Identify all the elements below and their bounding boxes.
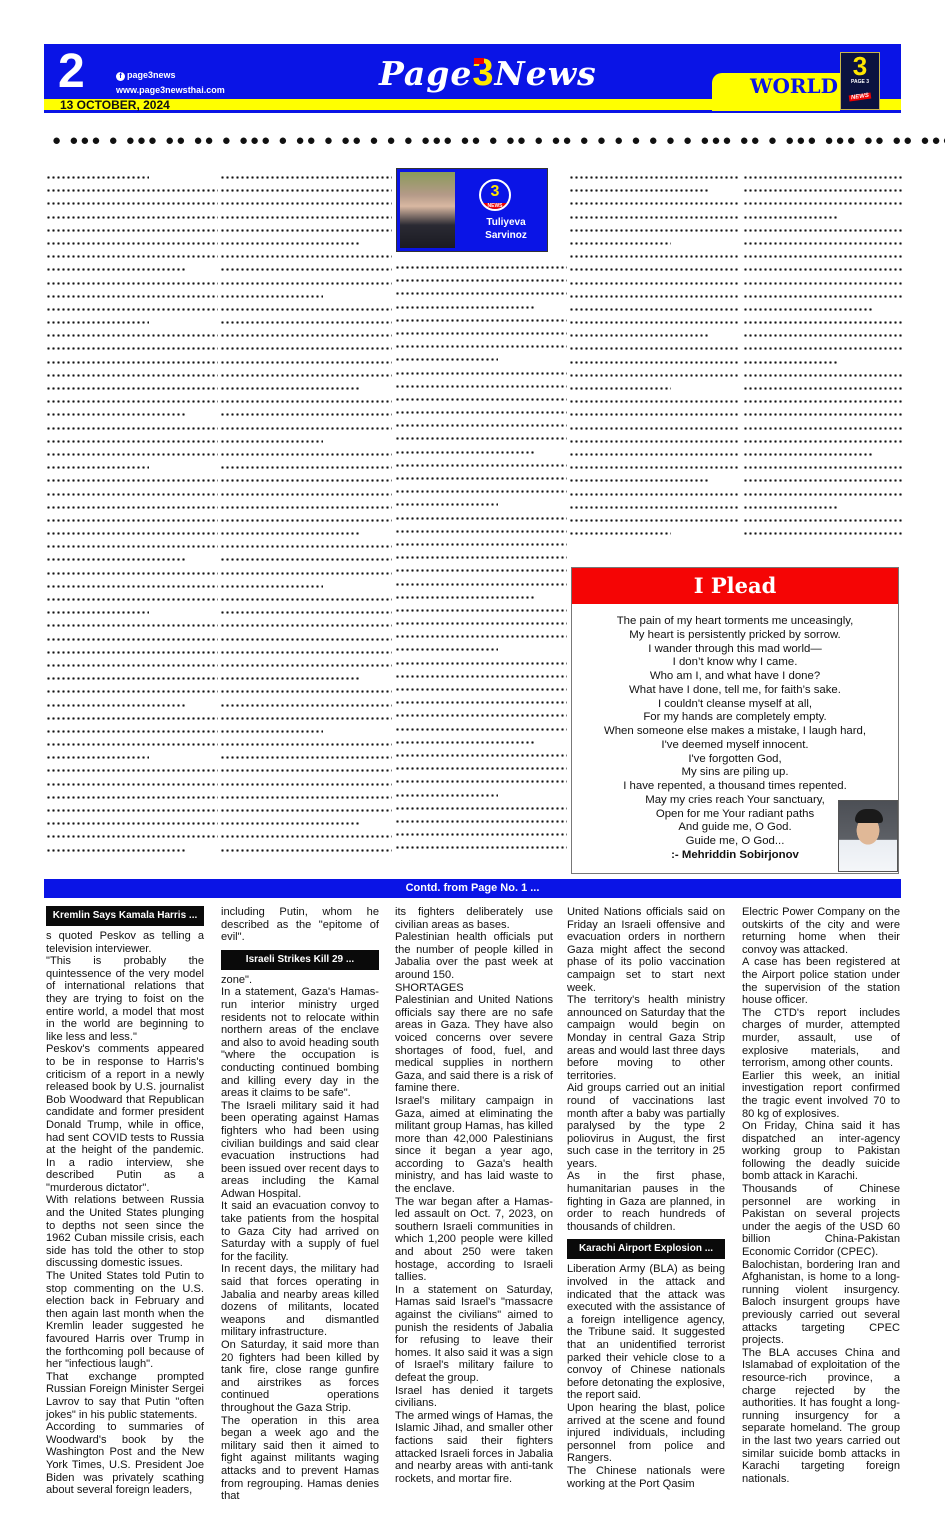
top-article-column-1 bbox=[46, 172, 218, 862]
illegible-text-line bbox=[395, 420, 567, 433]
illegible-text-line bbox=[395, 539, 567, 552]
illegible-text-line bbox=[569, 357, 739, 370]
top-article-column-5 bbox=[743, 172, 903, 542]
illegible-text-line bbox=[220, 528, 392, 541]
illegible-text-line bbox=[569, 449, 739, 462]
illegible-text-line bbox=[743, 502, 903, 515]
article-paragraph: The CTD's report includes charges of mur… bbox=[742, 1007, 900, 1070]
brand-number: 3 bbox=[472, 52, 494, 94]
illegible-text-line bbox=[220, 225, 392, 238]
author-first-name: Tuliyeva bbox=[463, 216, 549, 229]
illegible-text-line bbox=[395, 513, 567, 526]
article-paragraph: Palestinian and United Nations officials… bbox=[395, 994, 553, 1095]
illegible-text-line bbox=[395, 684, 567, 697]
illegible-text-line bbox=[743, 489, 903, 502]
illegible-text-line bbox=[220, 238, 392, 251]
illegible-text-line bbox=[743, 357, 903, 370]
illegible-text-line bbox=[743, 383, 903, 396]
column-2: including Putin, whom he described as th… bbox=[221, 906, 379, 1503]
illegible-text-line bbox=[46, 291, 218, 304]
illegible-text-line bbox=[743, 343, 903, 356]
illegible-text-line bbox=[220, 317, 392, 330]
illegible-text-line bbox=[46, 264, 218, 277]
illegible-text-line bbox=[743, 409, 903, 422]
illegible-text-line bbox=[220, 449, 392, 462]
poem-line: My sins are piling up. bbox=[572, 766, 898, 780]
article-paragraph: The Chinese nationals were working at th… bbox=[567, 1465, 725, 1490]
article-paragraph: The Israeli military said it had been op… bbox=[221, 1100, 379, 1201]
author-logo-text: NEWS bbox=[481, 203, 509, 210]
facebook-handle-text: page3news bbox=[127, 70, 176, 80]
continued-kicker[interactable]: Karachi Airport Explosion ... bbox=[567, 1239, 725, 1259]
poem-box: I Plead The pain of my heart torments me… bbox=[571, 567, 899, 874]
illegible-text-line bbox=[220, 818, 392, 831]
column-4: United Nations officials said on Friday … bbox=[567, 906, 725, 1490]
illegible-text-line bbox=[569, 370, 739, 383]
article-paragraph: That exchange prompted Russian Foreign M… bbox=[46, 1371, 204, 1421]
illegible-text-line bbox=[46, 396, 218, 409]
article-paragraph: SHORTAGES bbox=[395, 982, 553, 995]
article-paragraph: Electric Power Company on the outskirts … bbox=[742, 906, 900, 956]
illegible-text-line bbox=[46, 568, 218, 581]
illegible-text-line bbox=[395, 737, 567, 750]
column-5: Electric Power Company on the outskirts … bbox=[742, 906, 900, 1485]
illegible-text-line bbox=[220, 489, 392, 502]
illegible-text-line bbox=[220, 568, 392, 581]
illegible-text-line bbox=[743, 396, 903, 409]
illegible-text-line bbox=[46, 251, 218, 264]
illegible-text-line bbox=[395, 275, 567, 288]
illegible-text-line bbox=[220, 370, 392, 383]
article-paragraph: The operation in this area began a week … bbox=[221, 1415, 379, 1503]
illegible-text-line bbox=[743, 370, 903, 383]
article-paragraph: On Saturday, it said more than 20 fighte… bbox=[221, 1339, 379, 1415]
author-box: 3NEWS Tuliyeva Sarvinoz bbox=[396, 168, 548, 252]
author-logo-number: 3 bbox=[491, 183, 500, 200]
illegible-text-line bbox=[46, 620, 218, 633]
facebook-handle[interactable]: fpage3news bbox=[116, 70, 176, 81]
illegible-text-line bbox=[46, 607, 218, 620]
article-paragraph: United Nations officials said on Friday … bbox=[567, 906, 725, 994]
poem-title: I Plead bbox=[572, 568, 898, 604]
illegible-text-line bbox=[220, 343, 392, 356]
illegible-text-line bbox=[395, 447, 567, 460]
illegible-text-line bbox=[395, 288, 567, 301]
illegible-text-line bbox=[46, 383, 218, 396]
illegible-text-line bbox=[743, 330, 903, 343]
illegible-text-line bbox=[46, 818, 218, 831]
article-paragraph: The territory's health ministry announce… bbox=[567, 994, 725, 1082]
illegible-text-line bbox=[220, 330, 392, 343]
illegible-text-line bbox=[569, 528, 739, 541]
illegible-text-line bbox=[395, 460, 567, 473]
illegible-text-line bbox=[395, 565, 567, 578]
brand-left: Page bbox=[379, 54, 472, 93]
illegible-text-line bbox=[743, 264, 903, 277]
illegible-text-line bbox=[220, 172, 392, 185]
illegible-text-line bbox=[220, 673, 392, 686]
article-paragraph: including Putin, whom he described as th… bbox=[221, 906, 379, 944]
illegible-text-line bbox=[569, 462, 739, 475]
illegible-text-line bbox=[569, 212, 739, 225]
illegible-text-line bbox=[46, 673, 218, 686]
website-link[interactable]: www.page3newsthai.com bbox=[116, 85, 225, 95]
illegible-text-line bbox=[220, 462, 392, 475]
illegible-text-line bbox=[395, 763, 567, 776]
illegible-text-line bbox=[569, 343, 739, 356]
illegible-text-line bbox=[743, 225, 903, 238]
illegible-text-line bbox=[569, 396, 739, 409]
illegible-text-line bbox=[46, 317, 218, 330]
illegible-text-line bbox=[569, 330, 739, 343]
illegible-text-line bbox=[743, 278, 903, 291]
illegible-text-line bbox=[395, 499, 567, 512]
section-label: WORLD bbox=[750, 74, 838, 98]
illegible-text-line bbox=[569, 291, 739, 304]
illegible-text-line bbox=[395, 354, 567, 367]
illegible-text-line bbox=[569, 383, 739, 396]
illegible-text-line bbox=[743, 185, 903, 198]
column-3: its fighters deliberately use civilian a… bbox=[395, 906, 553, 1485]
illegible-text-line bbox=[395, 710, 567, 723]
illegible-text-line bbox=[395, 776, 567, 789]
article-paragraph: s quoted Peskov as telling a television … bbox=[46, 930, 204, 955]
illegible-text-line bbox=[220, 752, 392, 765]
article-paragraph: A case has been registered at the Airpor… bbox=[742, 956, 900, 1006]
illegible-text-line bbox=[569, 489, 739, 502]
illegible-text-line bbox=[220, 739, 392, 752]
illegible-text-line bbox=[395, 816, 567, 829]
article-paragraph: With relations between Russia and the Un… bbox=[46, 1194, 204, 1270]
article-paragraph: The United States told Putin to stop com… bbox=[46, 1270, 204, 1371]
illegible-text-line bbox=[46, 528, 218, 541]
illegible-text-line bbox=[46, 343, 218, 356]
illegible-text-line bbox=[46, 238, 218, 251]
illegible-text-line bbox=[46, 370, 218, 383]
illegible-text-line bbox=[743, 291, 903, 304]
continued-kicker[interactable]: Kremlin Says Kamala Harris ... bbox=[46, 906, 204, 926]
illegible-text-line bbox=[395, 394, 567, 407]
brand-badge: 3 PAGE 3 NEWS bbox=[840, 52, 880, 110]
article-paragraph: In a statement, Gaza's Hamas-run interio… bbox=[221, 986, 379, 1099]
article-paragraph: As in the first phase, humanitarian paus… bbox=[567, 1170, 725, 1233]
illegible-text-line bbox=[395, 631, 567, 644]
article-paragraph: its fighters deliberately use civilian a… bbox=[395, 906, 553, 931]
illegible-text-line bbox=[395, 433, 567, 446]
illegible-text-line bbox=[220, 502, 392, 515]
illegible-text-line bbox=[395, 381, 567, 394]
illegible-text-line bbox=[220, 726, 392, 739]
illegible-text-line bbox=[220, 212, 392, 225]
illegible-text-line bbox=[46, 739, 218, 752]
brand-logo: Page3News bbox=[379, 52, 597, 95]
article-paragraph: Aid groups carried out an initial round … bbox=[567, 1082, 725, 1170]
illegible-text-line bbox=[569, 198, 739, 211]
illegible-text-line bbox=[569, 502, 739, 515]
column-1: Kremlin Says Kamala Harris ...s quoted P… bbox=[46, 906, 204, 1497]
author-name: Tuliyeva Sarvinoz bbox=[463, 216, 549, 242]
illegible-text-line bbox=[220, 278, 392, 291]
article-paragraph: It said an evacuation convoy to take pat… bbox=[221, 1200, 379, 1263]
illegible-text-line bbox=[220, 686, 392, 699]
article-paragraph: "This is probably the quintessence of th… bbox=[46, 955, 204, 1043]
illegible-text-line bbox=[46, 805, 218, 818]
illegible-text-line bbox=[46, 845, 218, 858]
illegible-text-line bbox=[46, 449, 218, 462]
illegible-text-line bbox=[220, 198, 392, 211]
illegible-text-line bbox=[569, 423, 739, 436]
top-article-column-4 bbox=[569, 172, 739, 550]
illegible-text-line bbox=[395, 579, 567, 592]
illegible-text-line bbox=[220, 660, 392, 673]
illegible-text-line bbox=[743, 304, 903, 317]
illegible-text-line bbox=[46, 198, 218, 211]
illegible-text-line bbox=[743, 198, 903, 211]
illegible-text-line bbox=[46, 686, 218, 699]
illegible-text-line bbox=[46, 647, 218, 660]
illegible-text-line bbox=[46, 634, 218, 647]
continued-bar: Contd. from Page No. 1 ... bbox=[44, 879, 901, 898]
article-paragraph: Israel has denied it targets civilians. bbox=[395, 1385, 553, 1410]
illegible-text-line bbox=[220, 554, 392, 567]
illegible-text-line bbox=[220, 423, 392, 436]
article-paragraph: Palestinian health officials put the num… bbox=[395, 931, 553, 981]
illegible-text-line bbox=[395, 697, 567, 710]
illegible-text-line bbox=[46, 330, 218, 343]
illegible-text-line bbox=[569, 436, 739, 449]
illegible-text-line bbox=[220, 713, 392, 726]
illegible-text-line bbox=[46, 713, 218, 726]
illegible-text-line bbox=[569, 238, 739, 251]
illegible-text-line bbox=[395, 407, 567, 420]
badge-number: 3 bbox=[841, 53, 879, 79]
illegible-text-line bbox=[220, 185, 392, 198]
illegible-text-line bbox=[743, 172, 903, 185]
illegible-text-line bbox=[220, 383, 392, 396]
illegible-text-line bbox=[220, 475, 392, 488]
illegible-text-line bbox=[220, 831, 392, 844]
illegible-text-line bbox=[743, 462, 903, 475]
illegible-text-line bbox=[743, 238, 903, 251]
illegible-text-line bbox=[220, 647, 392, 660]
illegible-text-line bbox=[743, 449, 903, 462]
illegible-text-line bbox=[220, 779, 392, 792]
top-article-column-3 bbox=[395, 262, 567, 862]
poem-line: I've deemed myself innocent. bbox=[572, 739, 898, 753]
illegible-text-line bbox=[395, 644, 567, 657]
illegible-text-line bbox=[569, 317, 739, 330]
illegible-text-line bbox=[46, 172, 218, 185]
illegible-text-line bbox=[569, 225, 739, 238]
illegible-text-line bbox=[46, 700, 218, 713]
poem-line: I don’t know why I came. bbox=[572, 656, 898, 670]
poem-line: Who am I, and what have I done? bbox=[572, 670, 898, 684]
illegible-text-line bbox=[395, 328, 567, 341]
illegible-text-line bbox=[46, 752, 218, 765]
illegible-text-line bbox=[46, 304, 218, 317]
article-paragraph: Upon hearing the blast, police arrived a… bbox=[567, 1402, 725, 1465]
illegible-text-line bbox=[46, 726, 218, 739]
illegible-text-line bbox=[46, 409, 218, 422]
article-paragraph: The armed wings of Hamas, the Islamic Ji… bbox=[395, 1410, 553, 1486]
article-paragraph: Balochistan, bordering Iran and Afghanis… bbox=[742, 1259, 900, 1347]
poet-photo bbox=[838, 800, 898, 872]
illegible-text-line bbox=[395, 671, 567, 684]
illegible-text-line bbox=[46, 357, 218, 370]
illegible-text-line bbox=[569, 475, 739, 488]
author-logo-icon: 3NEWS bbox=[479, 179, 511, 211]
poem-line: What have I done, tell me, for faith’s s… bbox=[572, 684, 898, 698]
illegible-text-line bbox=[46, 225, 218, 238]
poem-line: For my hands are completely empty. bbox=[572, 711, 898, 725]
poem-line: I couldn't cleanse myself at all, bbox=[572, 698, 898, 712]
article-paragraph: In recent days, the military had said th… bbox=[221, 1263, 379, 1339]
article-paragraph: The war began after a Hamas-led assault … bbox=[395, 1196, 553, 1284]
badge-label: PAGE 3 bbox=[841, 79, 879, 85]
illegible-text-line bbox=[220, 792, 392, 805]
illegible-text-line bbox=[46, 462, 218, 475]
illegible-text-line bbox=[743, 423, 903, 436]
illegible-text-line bbox=[395, 750, 567, 763]
article-paragraph: According to summaries of Woodward's boo… bbox=[46, 1421, 204, 1497]
illegible-text-line bbox=[395, 262, 567, 275]
illegible-text-line bbox=[395, 618, 567, 631]
illegible-text-line bbox=[220, 607, 392, 620]
illegible-text-line bbox=[220, 357, 392, 370]
article-paragraph: Earlier this week, an initial investigat… bbox=[742, 1070, 900, 1120]
illegible-text-line bbox=[395, 526, 567, 539]
illegible-text-line bbox=[46, 436, 218, 449]
illegible-text-line bbox=[220, 620, 392, 633]
article-paragraph: The BLA accuses China and Islamabad of e… bbox=[742, 1347, 900, 1486]
illegible-text-line bbox=[395, 790, 567, 803]
illegible-text-line bbox=[743, 317, 903, 330]
illegible-text-line bbox=[395, 842, 567, 855]
author-photo bbox=[400, 172, 455, 248]
illegible-text-line bbox=[220, 515, 392, 528]
illegible-text-line bbox=[46, 581, 218, 594]
illegible-text-line bbox=[395, 658, 567, 671]
illegible-text-line bbox=[395, 592, 567, 605]
illegible-text-line bbox=[46, 831, 218, 844]
illegible-text-line bbox=[395, 473, 567, 486]
illegible-text-line bbox=[395, 486, 567, 499]
illegible-text-line bbox=[569, 264, 739, 277]
brand-right: News bbox=[495, 54, 597, 93]
illegible-text-line bbox=[46, 515, 218, 528]
article-paragraph: Thousands of Chinese personnel are worki… bbox=[742, 1183, 900, 1259]
poem-line: I've forgotten God, bbox=[572, 753, 898, 767]
illegible-text-line bbox=[220, 396, 392, 409]
author-last-name: Sarvinoz bbox=[463, 229, 549, 242]
illegible-text-line bbox=[46, 475, 218, 488]
illegible-text-line bbox=[395, 552, 567, 565]
illegible-text-line bbox=[220, 304, 392, 317]
illegible-text-line bbox=[220, 251, 392, 264]
continued-kicker[interactable]: Israeli Strikes Kill 29 ... bbox=[221, 950, 379, 970]
illegible-text-line bbox=[569, 185, 739, 198]
illegible-text-line bbox=[569, 304, 739, 317]
poem-line: When someone else makes a mistake, I lau… bbox=[572, 725, 898, 739]
illegible-text-line bbox=[46, 541, 218, 554]
illegible-text-line bbox=[395, 368, 567, 381]
illegible-text-line bbox=[46, 212, 218, 225]
illegible-text-line bbox=[743, 251, 903, 264]
top-article-headline: ● ●●● ● ●●● ●● ●● ● ●●● ● ●● ● ●● ● ● ● … bbox=[52, 134, 945, 148]
illegible-text-line bbox=[46, 792, 218, 805]
article-paragraph: Israel's military campaign in Gaza, aime… bbox=[395, 1095, 553, 1196]
illegible-text-line bbox=[46, 489, 218, 502]
page-number: 2 bbox=[58, 44, 85, 100]
illegible-text-line bbox=[220, 634, 392, 647]
illegible-text-line bbox=[395, 829, 567, 842]
illegible-text-line bbox=[220, 409, 392, 422]
article-paragraph: Peskov's comments appeared to be in resp… bbox=[46, 1043, 204, 1194]
illegible-text-line bbox=[395, 302, 567, 315]
illegible-text-line bbox=[46, 185, 218, 198]
illegible-text-line bbox=[395, 341, 567, 354]
illegible-text-line bbox=[46, 660, 218, 673]
illegible-text-line bbox=[395, 803, 567, 816]
illegible-text-line bbox=[395, 724, 567, 737]
illegible-text-line bbox=[743, 212, 903, 225]
illegible-text-line bbox=[220, 541, 392, 554]
illegible-text-line bbox=[46, 554, 218, 567]
article-paragraph: On Friday, China said it has dispatched … bbox=[742, 1120, 900, 1183]
article-paragraph: In a statement on Saturday, Hamas said I… bbox=[395, 1284, 553, 1385]
illegible-text-line bbox=[220, 594, 392, 607]
illegible-text-line bbox=[395, 315, 567, 328]
illegible-text-line bbox=[46, 765, 218, 778]
illegible-text-line bbox=[569, 172, 739, 185]
illegible-text-line bbox=[46, 594, 218, 607]
article-paragraph: Liberation Army (BLA) as being involved … bbox=[567, 1263, 725, 1402]
masthead: 2 fpage3news www.page3newsthai.com 13 OC… bbox=[44, 44, 901, 112]
illegible-text-line bbox=[220, 436, 392, 449]
illegible-text-line bbox=[46, 502, 218, 515]
illegible-text-line bbox=[220, 845, 392, 858]
illegible-text-line bbox=[220, 700, 392, 713]
illegible-text-line bbox=[220, 805, 392, 818]
illegible-text-line bbox=[220, 264, 392, 277]
illegible-text-line bbox=[569, 251, 739, 264]
illegible-text-line bbox=[743, 436, 903, 449]
poem-line: I wander through this mad world— bbox=[572, 643, 898, 657]
illegible-text-line bbox=[220, 581, 392, 594]
illegible-text-line bbox=[395, 605, 567, 618]
issue-date: 13 OCTOBER, 2024 bbox=[60, 99, 170, 112]
article-paragraph: zone". bbox=[221, 974, 379, 987]
top-article-column-2 bbox=[220, 172, 392, 862]
illegible-text-line bbox=[220, 765, 392, 778]
illegible-text-line bbox=[46, 779, 218, 792]
illegible-text-line bbox=[569, 409, 739, 422]
illegible-text-line bbox=[743, 515, 903, 528]
facebook-icon: f bbox=[116, 72, 125, 81]
illegible-text-line bbox=[46, 423, 218, 436]
poem-line: My heart is persistently pricked by sorr… bbox=[572, 629, 898, 643]
illegible-text-line bbox=[743, 528, 903, 541]
badge-news: NEWS bbox=[849, 92, 872, 101]
illegible-text-line bbox=[46, 278, 218, 291]
poem-line: I have repented, a thousand times repent… bbox=[572, 780, 898, 794]
illegible-text-line bbox=[569, 515, 739, 528]
poem-line: The pain of my heart torments me unceasi… bbox=[572, 615, 898, 629]
illegible-text-line bbox=[220, 291, 392, 304]
illegible-text-line bbox=[569, 278, 739, 291]
illegible-text-line bbox=[743, 475, 903, 488]
